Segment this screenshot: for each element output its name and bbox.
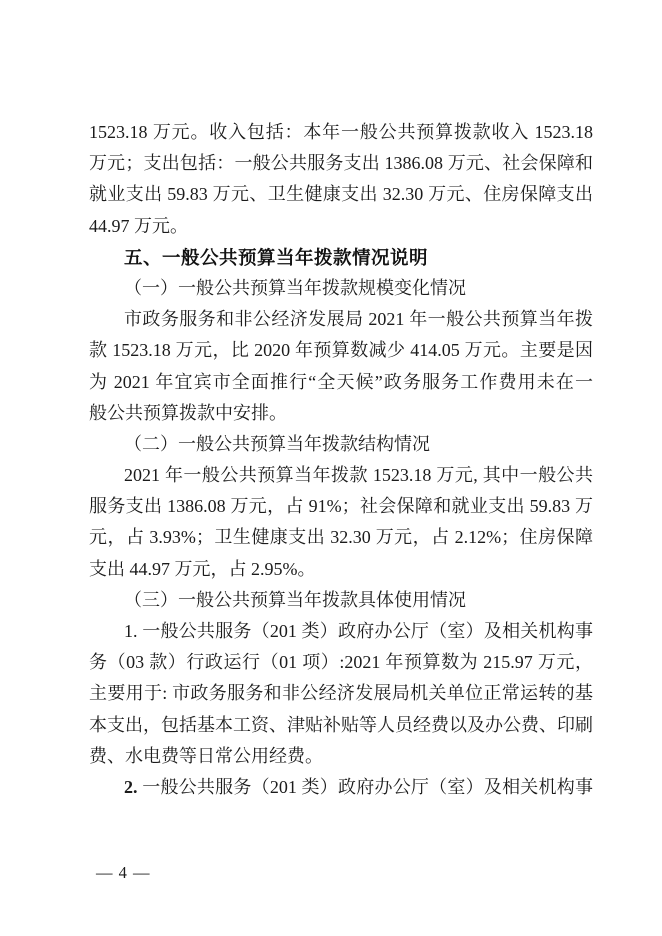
text-line: 费、水电费等日常公用经费。 [89, 741, 593, 772]
text-line: 元，占 3.93%；卫生健康支出 32.30 万元，占 2.12%；住房保障 [89, 522, 593, 553]
bold-list-number: 2. [124, 777, 138, 797]
text-line: 务（03 款）行政运行（01 项）:2021 年预算数为 215.97 万元， [89, 647, 593, 678]
text-line: 本支出，包括基本工资、津贴补贴等人员经费以及办公费、印刷 [89, 710, 593, 741]
section-heading: 五、一般公共预算当年拨款情况说明 [89, 242, 593, 273]
text-line: 2021 年一般公共预算当年拨款 1523.18 万元, 其中一般公共 [89, 460, 593, 491]
text-line: （一）一般公共预算当年拨款规模变化情况 [89, 273, 593, 304]
text-line: 服务支出 1386.08 万元，占 91%；社会保障和就业支出 59.83 万 [89, 491, 593, 522]
text-line: 就业支出 59.83 万元、卫生健康支出 32.30 万元、住房保障支出 [89, 179, 593, 210]
text-line: 1. 一般公共服务（201 类）政府办公厅（室）及相关机构事 [89, 616, 593, 647]
text-line: （三）一般公共预算当年拨款具体使用情况 [89, 585, 593, 616]
text-line: （二）一般公共预算当年拨款结构情况 [89, 429, 593, 460]
text-line: 款 1523.18 万元，比 2020 年预算数减少 414.05 万元。主要是… [89, 335, 593, 366]
text-line: 主要用于: 市政务服务和非公经济发展局机关单位正常运转的基 [89, 678, 593, 709]
text-line: 2. 一般公共服务（201 类）政府办公厅（室）及相关机构事 [89, 772, 593, 803]
text-line: 1523.18 万元。收入包括：本年一般公共预算拨款收入 1523.18 [89, 117, 593, 148]
text-line: 万元；支出包括：一般公共服务支出 1386.08 万元、社会保障和 [89, 148, 593, 179]
text-line: 为 2021 年宜宾市全面推行“全天候”政务服务工作费用未在一 [89, 367, 593, 398]
text-line: 般公共预算拨款中安排。 [89, 398, 593, 429]
page-number: — 4 — [96, 862, 151, 884]
text-block: 1523.18 万元。收入包括：本年一般公共预算拨款收入 1523.18万元；支… [89, 117, 593, 803]
text-line: 44.97 万元。 [89, 211, 593, 242]
document-page: 1523.18 万元。收入包括：本年一般公共预算拨款收入 1523.18万元；支… [0, 0, 662, 936]
text-line: 支出 44.97 万元，占 2.95%。 [89, 554, 593, 585]
text-line: 市政务服务和非公经济发展局 2021 年一般公共预算当年拨 [89, 304, 593, 335]
